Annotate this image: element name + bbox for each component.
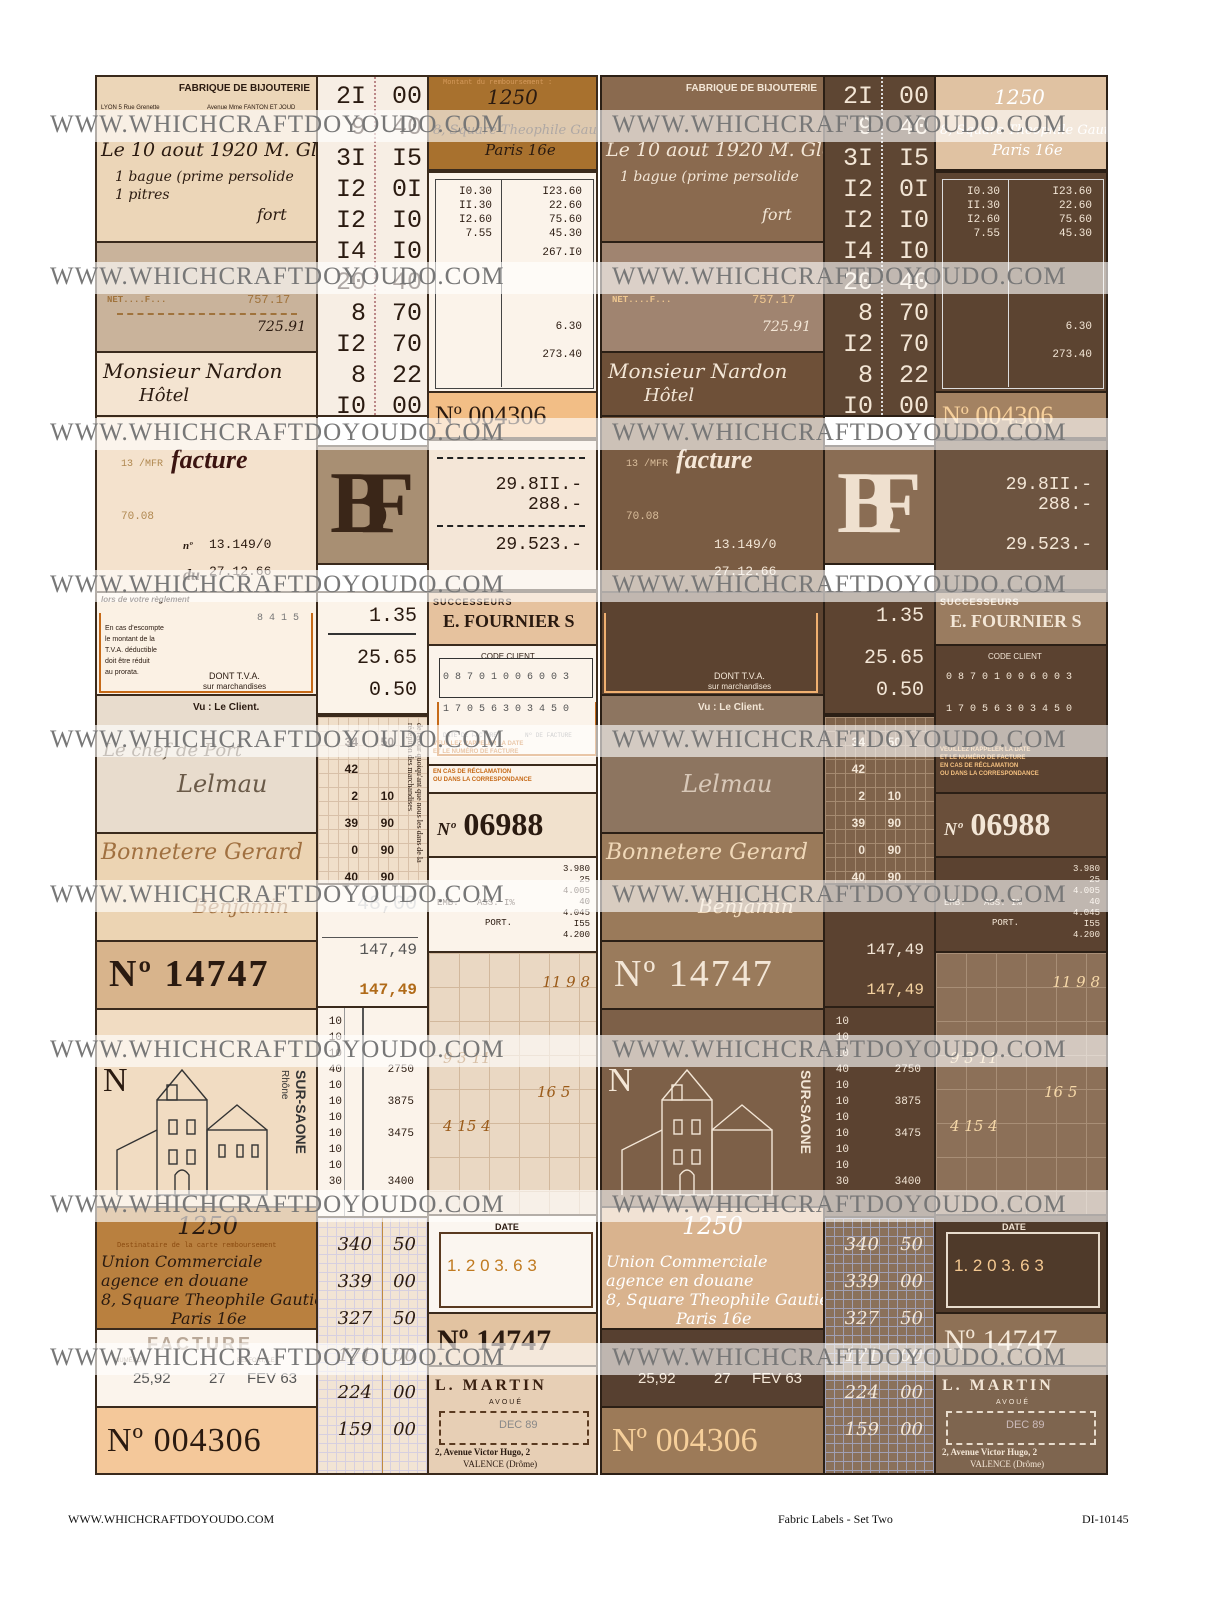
value: 45.30 xyxy=(542,227,582,241)
cell: 70 xyxy=(873,329,929,360)
cell: 3475 xyxy=(849,1126,921,1142)
cell: 00 xyxy=(873,391,929,417)
no-prefix: Nº xyxy=(109,953,153,995)
sum147-b: 147,49 xyxy=(866,981,924,999)
row: 10 xyxy=(831,1142,921,1158)
no-prefix: Nº xyxy=(437,819,455,839)
monsieur-line2: Hôtel xyxy=(644,385,694,406)
row: 103475 xyxy=(324,1126,414,1142)
watermark-text: WWW.WHICHCRAFTDOYOUDO.COM xyxy=(612,263,1067,291)
label-remboursement-2: 1250 Destinataire de la carte remboursem… xyxy=(95,1206,318,1330)
watermark-text: WWW.WHICHCRAFTDOYOUDO.COM xyxy=(50,726,505,754)
notice-line: EN CAS DE RÉCLAMATION xyxy=(940,762,1039,770)
fabrique-title: FABRIQUE DE BIJOUTERIE xyxy=(179,83,310,94)
label-no-004306-b: Nº 004306 xyxy=(95,1406,318,1475)
cell: I0 xyxy=(831,391,873,417)
dark-tva: DONT T.V.A. sur marchandises xyxy=(600,591,825,696)
watermark-text: WWW.WHICHCRAFTDOYOUDO.COM xyxy=(50,419,505,447)
cell: 224 xyxy=(833,1374,879,1411)
facture-no-value: 13.149/0 xyxy=(714,537,776,552)
remb2-line: agence en douane xyxy=(101,1271,318,1290)
no-prefix: Nº xyxy=(944,819,962,839)
sums-b: 288.- xyxy=(1038,495,1092,515)
row: I20I xyxy=(831,174,929,205)
fabrique-title: FABRIQUE DE BIJOUTERIE xyxy=(686,83,817,94)
cell: 8 xyxy=(831,298,873,329)
cell: 50 xyxy=(879,1226,923,1263)
label-monogram: BF xyxy=(316,445,429,565)
cell: 10 xyxy=(831,1078,849,1094)
remb2-line: 8, Square Theophile Gautier xyxy=(101,1290,318,1309)
row: 34050 xyxy=(326,1226,416,1263)
date-label: DATE xyxy=(1002,1222,1026,1232)
cell: 42 xyxy=(324,756,358,783)
watermark-text: WWW.WHICHCRAFTDOYOUDO.COM xyxy=(612,419,1067,447)
castle-drawing-icon xyxy=(107,1060,287,1200)
cell: I0 xyxy=(324,391,366,417)
row: 10 xyxy=(324,1158,414,1174)
cell: 340 xyxy=(833,1226,879,1263)
cell: 22 xyxy=(873,360,929,391)
value: I23.60 xyxy=(1052,185,1092,199)
monogram-letters: BF xyxy=(837,453,893,554)
sums-dash xyxy=(437,525,585,527)
cell: 00 xyxy=(366,81,422,112)
row: 303400 xyxy=(324,1174,414,1190)
cell: 00 xyxy=(372,1411,416,1448)
watermark-text: WWW.WHICHCRAFTDOYOUDO.COM xyxy=(50,111,505,139)
sums-c: 29.523.- xyxy=(496,535,582,555)
dark-date: DATE 1. 2 0 3. 6 3 xyxy=(934,1214,1108,1314)
watermark-band: WWW.WHICHCRAFTDOYOUDO.COMWWW.WHICHCRAFTD… xyxy=(0,725,1214,757)
value: 75.60 xyxy=(1052,213,1092,227)
cell: 00 xyxy=(879,1263,923,1300)
label-vu-client: Vu : Le Client. Le chef de Port Lelmau xyxy=(95,694,318,834)
label-net: NET....F... 757.17 725.91 xyxy=(95,241,318,353)
no-number: 004306 xyxy=(656,1422,758,1459)
small-sum-c: 0.50 xyxy=(369,679,417,702)
dark-monsieur: Monsieur Nardon Hôtel xyxy=(600,351,825,417)
cell: 3400 xyxy=(342,1174,414,1190)
watermark-band: WWW.WHICHCRAFTDOYOUDO.COMWWW.WHICHCRAFTD… xyxy=(0,1343,1214,1375)
ledger-right: I23.6022.6075.6045.30 xyxy=(542,185,582,241)
monsieur-line1: Monsieur Nardon xyxy=(608,359,787,383)
small-sum-b: 25.65 xyxy=(357,647,417,670)
value: 4.200 xyxy=(563,930,590,941)
no-prefix: Nº xyxy=(612,1422,647,1459)
cell: 22 xyxy=(366,360,422,391)
watermark-text: WWW.WHICHCRAFTDOYOUDO.COM xyxy=(50,571,505,599)
facture-no-value: 13.149/0 xyxy=(209,537,271,552)
castle-region: Rhône xyxy=(279,1070,290,1099)
cell: 3400 xyxy=(849,1174,921,1190)
net-label: NET....F... xyxy=(612,295,671,305)
no-prefix: Nº xyxy=(107,1422,144,1459)
watermark-text: WWW.WHICHCRAFTDOYOUDO.COM xyxy=(50,263,505,291)
label-fabrique: FABRIQUE DE BIJOUTERIE LYON 5 Rue Grenet… xyxy=(95,75,318,243)
hand-grid-c: 16 5 xyxy=(537,1083,570,1101)
row: 103875 xyxy=(324,1094,414,1110)
notice-rest: EN CAS DE RÉCLAMATION OU DANS LA CORRESP… xyxy=(433,768,532,784)
cell: 90 xyxy=(358,837,394,864)
value: 75.60 xyxy=(542,213,582,227)
vu-client-title: Vu : Le Client. xyxy=(193,702,259,713)
dark-hand-grid: 11 9 8 9 3 11 16 5 4 15 4 xyxy=(934,951,1108,1216)
cell: 8 xyxy=(324,298,366,329)
footer-website: WWW.WHICHCRAFTDOYOUDO.COM xyxy=(68,1512,274,1527)
label-sums: 29.8II.- 288.- 29.523.- xyxy=(427,439,598,591)
row: 3990 xyxy=(324,810,400,837)
hand-grid-c: 16 5 xyxy=(1044,1083,1077,1101)
row: 3990 xyxy=(831,810,907,837)
sums-dash xyxy=(437,457,585,459)
sums-c: 29.523.- xyxy=(1006,535,1092,555)
label-small-sums: 1.35 25.65 0.50 xyxy=(316,591,429,715)
small-sum-a: 1.35 xyxy=(876,605,924,628)
value: 22.60 xyxy=(542,199,582,213)
row: 103475 xyxy=(831,1126,921,1142)
vu-client-title: Vu : Le Client. xyxy=(698,702,764,713)
value: 45.30 xyxy=(1052,227,1092,241)
dark-no-14747: Nº 14747 xyxy=(600,940,825,1010)
value: 7.55 xyxy=(967,227,1000,241)
cell: I2 xyxy=(324,205,366,236)
notice-line: OU DANS LA CORRESPONDANCE xyxy=(940,770,1039,778)
value: 3.980 xyxy=(1073,864,1100,875)
value: I23.60 xyxy=(542,185,582,199)
row: 22400 xyxy=(833,1374,923,1411)
row: 2I00 xyxy=(324,81,422,112)
row: 33900 xyxy=(833,1263,923,1300)
dark-vu-client: Vu : Le Client. Lelmau xyxy=(600,694,825,834)
value: 7.55 xyxy=(459,227,492,241)
watermark-band: WWW.WHICHCRAFTDOYOUDO.COMWWW.WHICHCRAFTD… xyxy=(0,1035,1214,1067)
cell: 327 xyxy=(833,1300,879,1337)
facture-amount: 70.08 xyxy=(121,511,154,523)
watermark-band: WWW.WHICHCRAFTDOYOUDO.COMWWW.WHICHCRAFTD… xyxy=(0,262,1214,294)
handsums-rows: 340503390032750171002240015900 xyxy=(833,1226,923,1448)
label-tva: lors de votre règlement En cas d'escompt… xyxy=(95,591,318,696)
facture-no-label: nº xyxy=(183,540,192,552)
invoice-digits: 1 7 0 5 6 3 0 3 4 5 0 xyxy=(443,704,569,715)
small-sum-c: 0.50 xyxy=(876,679,924,702)
row: 3II5 xyxy=(831,143,929,174)
row: 32750 xyxy=(326,1300,416,1337)
cell: 10 xyxy=(831,1158,849,1174)
fabrique-handwriting: Le 10 aout 1920 M. Glo xyxy=(101,139,318,161)
remb2-line: Paris 16e xyxy=(101,1309,318,1328)
value: II.30 xyxy=(967,199,1000,213)
dark-remboursement-2: 1250 Union Commerciale agence en douane … xyxy=(600,1206,825,1330)
row: 42 xyxy=(324,756,400,783)
cell: I2 xyxy=(324,329,366,360)
tva-label1: DONT T.V.A. xyxy=(714,671,765,681)
date-label: DATE xyxy=(495,1222,519,1232)
cell: 00 xyxy=(879,1374,923,1411)
cell: 00 xyxy=(873,81,929,112)
cell: 70 xyxy=(366,298,422,329)
cell: I2 xyxy=(324,174,366,205)
row: I20I xyxy=(324,174,422,205)
invoice-digits: 1 7 0 5 6 3 0 3 4 5 0 xyxy=(946,704,1072,715)
cell: 30 xyxy=(831,1174,849,1190)
tva-label1: DONT T.V.A. xyxy=(209,671,260,681)
cell: 3I xyxy=(324,143,366,174)
net-value: 757.17 xyxy=(752,293,795,307)
monsieur-line2: Hôtel xyxy=(139,385,189,406)
bonnet-line1: Bonnetere Gerard xyxy=(101,840,303,865)
watermark-band: WWW.WHICHCRAFTDOYOUDO.COMWWW.WHICHCRAFTD… xyxy=(0,110,1214,142)
row: 32750 xyxy=(833,1300,923,1337)
row: 33900 xyxy=(326,1263,416,1300)
dark-no-004306-b: Nº 004306 xyxy=(600,1406,825,1475)
emb-line3: PORT. xyxy=(992,918,1019,928)
martin-city: VALENCE (Drôme) xyxy=(970,1459,1044,1469)
cell: 10 xyxy=(324,1078,342,1094)
ledger-total: 273.40 xyxy=(1052,349,1092,361)
row: 10 xyxy=(324,1014,414,1030)
date-value: 1. 2 0 3. 6 3 xyxy=(954,1256,1044,1276)
martin-title: AVOUÉ xyxy=(489,1399,523,1406)
row: 10 xyxy=(831,1110,921,1126)
dark-monogram: BF xyxy=(823,445,936,565)
cell: 50 xyxy=(372,1226,416,1263)
cell: 42 xyxy=(831,756,865,783)
cell: 159 xyxy=(833,1411,879,1448)
row: 10 xyxy=(324,1110,414,1126)
handsums-rows: 340503390032750171002240015900 xyxy=(326,1226,416,1448)
cell: I5 xyxy=(873,143,929,174)
row: 822 xyxy=(324,360,422,391)
net-label: NET....F... xyxy=(107,295,166,305)
dark-code-client: CODE CLIENT 0 8 7 0 1 0 0 6 0 0 3 1 7 0 … xyxy=(934,644,1108,794)
martin-city: VALENCE (Drôme) xyxy=(463,1459,537,1469)
fabrique-line2: 1 bague (prime persolide xyxy=(620,169,799,185)
cell: 10 xyxy=(324,1126,342,1142)
row: I2I0 xyxy=(831,205,929,236)
watermark-band: WWW.WHICHCRAFTDOYOUDO.COMWWW.WHICHCRAFTD… xyxy=(0,1190,1214,1222)
watermark-text: WWW.WHICHCRAFTDOYOUDO.COM xyxy=(50,881,505,909)
watermark-text: WWW.WHICHCRAFTDOYOUDO.COM xyxy=(50,1344,505,1372)
tva-line: doit être réduit xyxy=(105,656,164,667)
label-monsieur: Monsieur Nardon Hôtel xyxy=(95,351,318,417)
cell: 00 xyxy=(879,1411,923,1448)
facture-ref: 13 /MFR xyxy=(121,459,163,470)
label-date: DATE 1. 2 0 3. 6 3 xyxy=(427,1214,598,1314)
remb2-line: agence en douane xyxy=(606,1271,825,1290)
notice-line: EN CAS DE RÉCLAMATION xyxy=(433,768,532,776)
martin-address: 2, Avenue Victor Hugo, 2 xyxy=(435,1447,530,1457)
ledger-extra: 6.30 xyxy=(1066,321,1092,333)
value: I2.60 xyxy=(967,213,1000,227)
row: I000 xyxy=(324,391,422,417)
row: 10 xyxy=(324,1142,414,1158)
notice-line: OU DANS LA CORRESPONDANCE xyxy=(433,776,532,784)
no-14747-text: Nº 14747 xyxy=(109,952,270,996)
ledger-left: I0.30II.30I2.607.55 xyxy=(967,185,1000,241)
sums-b: 288.- xyxy=(528,495,582,515)
remb-amount: 1250 xyxy=(487,85,538,109)
sum147-a: 147,49 xyxy=(866,941,924,959)
cell: 2 xyxy=(831,783,865,810)
cell: 3875 xyxy=(342,1094,414,1110)
row: 3II5 xyxy=(324,143,422,174)
watermark-text: WWW.WHICHCRAFTDOYOUDO.COM xyxy=(612,1036,1067,1064)
martin-address: 2, Avenue Victor Hugo, 2 xyxy=(942,1447,1037,1457)
no-06988-text: Nº 06988 xyxy=(944,806,1050,843)
cell: 327 xyxy=(326,1300,372,1337)
row: 870 xyxy=(831,298,929,329)
watermark-text: WWW.WHICHCRAFTDOYOUDO.COM xyxy=(612,726,1067,754)
net-dash xyxy=(117,313,297,315)
cell: 0 xyxy=(324,837,358,864)
label-no-14747: Nº 14747 xyxy=(95,940,318,1010)
cell: 2I xyxy=(324,81,366,112)
small-sums-rule xyxy=(328,633,416,635)
cell: 50 xyxy=(879,1300,923,1337)
tva-label2: sur marchandises xyxy=(203,682,266,691)
remb2-dest: Destinataire de la carte remboursement xyxy=(117,1242,277,1250)
code-client-label: CODE CLIENT xyxy=(988,652,1042,661)
hand-grid-a: 11 9 8 xyxy=(1052,973,1100,991)
ledger-right: I23.6022.6075.6045.30 xyxy=(1052,185,1092,241)
hand-grid-d: 4 15 4 xyxy=(443,1117,491,1135)
no-004306b-text: Nº 004306 xyxy=(612,1422,758,1460)
cell: I5 xyxy=(366,143,422,174)
value: I0.30 xyxy=(459,185,492,199)
cell: 90 xyxy=(358,810,394,837)
cell: 10 xyxy=(831,1014,849,1030)
net-handwritten: 725.91 xyxy=(762,319,811,335)
cell: I0 xyxy=(366,205,422,236)
dark-small-sums: 1.35 25.65 0.50 xyxy=(823,591,936,715)
no-prefix: Nº xyxy=(614,953,657,995)
label-martin: L. MARTIN AVOUÉ DEC 89 2, Avenue Victor … xyxy=(427,1365,598,1475)
cell: 70 xyxy=(366,329,422,360)
cell: 50 xyxy=(372,1300,416,1337)
dark-martin: L. MARTIN AVOUÉ DEC 89 2, Avenue Victor … xyxy=(934,1365,1108,1475)
net-value: 757.17 xyxy=(247,293,290,307)
small-sum-b: 25.65 xyxy=(864,647,924,670)
remb-amount: 1250 xyxy=(994,85,1045,109)
no-number: 14747 xyxy=(165,953,270,995)
dark-no-06988: Nº 06988 xyxy=(934,792,1108,858)
remb2-lines: Union Commerciale agence en douane 8, Sq… xyxy=(101,1252,318,1328)
facture-amount: 70.08 xyxy=(626,511,659,523)
cell: 10 xyxy=(831,1126,849,1142)
ledger-extra: 6.30 xyxy=(556,321,582,333)
hand-grid-d: 4 15 4 xyxy=(950,1117,998,1135)
fabrique-line4: fort xyxy=(257,205,287,224)
row: 090 xyxy=(324,837,400,864)
cell: 339 xyxy=(326,1263,372,1300)
row: 15900 xyxy=(326,1411,416,1448)
cell: 10 xyxy=(324,1158,342,1174)
value: I55 xyxy=(563,919,590,930)
value: I2.60 xyxy=(459,213,492,227)
hand-grid-a: 11 9 8 xyxy=(542,973,590,991)
fabrique-line2: 1 bague (prime persolide xyxy=(115,169,294,185)
cell: I2 xyxy=(831,329,873,360)
row: 10 xyxy=(831,1078,921,1094)
fabrique-line3: 1 pitres xyxy=(115,187,170,203)
remb-line: Paris 16e xyxy=(992,141,1063,159)
cell: 3875 xyxy=(849,1094,921,1110)
cell: 159 xyxy=(326,1411,372,1448)
value: II.30 xyxy=(459,199,492,213)
no-06988-text: Nº 06988 xyxy=(437,806,543,843)
cell: 30 xyxy=(324,1174,342,1190)
remb2-line: Union Commerciale xyxy=(606,1252,825,1271)
sum147-a: 147,49 xyxy=(359,941,417,959)
cell: 10 xyxy=(324,1094,342,1110)
cell: 00 xyxy=(372,1263,416,1300)
no-004306b-text: Nº 004306 xyxy=(107,1422,262,1460)
cell: 339 xyxy=(833,1263,879,1300)
cell: 8 xyxy=(324,360,366,391)
value: 22.60 xyxy=(1052,199,1092,213)
dark-sums: 29.8II.- 288.- 29.523.- xyxy=(934,439,1108,591)
remb2-lines: Union Commerciale agence en douane 8, Sq… xyxy=(606,1252,825,1328)
monsieur-line1: Monsieur Nardon xyxy=(103,359,282,383)
remb-line: Paris 16e xyxy=(485,141,556,159)
cell: 39 xyxy=(324,810,358,837)
row: 34050 xyxy=(833,1226,923,1263)
vu-client-sig2: Lelmau xyxy=(682,770,772,798)
row: I2I0 xyxy=(324,205,422,236)
cell: 90 xyxy=(865,810,901,837)
cell: 8 xyxy=(831,360,873,391)
no-number: 004306 xyxy=(154,1422,262,1459)
footer-code: DI-10145 xyxy=(1082,1512,1129,1527)
row: I270 xyxy=(831,329,929,360)
cell: 10 xyxy=(831,1142,849,1158)
cell: 0I xyxy=(366,174,422,205)
cell: 10 xyxy=(324,1110,342,1126)
row: 15900 xyxy=(833,1411,923,1448)
watermark-text: WWW.WHICHCRAFTDOYOUDO.COM xyxy=(612,571,1067,599)
cell: 2I xyxy=(831,81,873,112)
code-client-value: 0 8 7 0 1 0 0 6 0 0 3 xyxy=(443,672,569,683)
tva-text: En cas d'escompte le montant de la T.V.A… xyxy=(105,623,164,678)
row: 10 xyxy=(831,1014,921,1030)
remb2-line: 8, Square Theophile Gautier xyxy=(606,1290,825,1309)
bonnet-line1: Bonnetere Gerard xyxy=(606,840,808,865)
cell: 10 xyxy=(324,1142,342,1158)
remb2-line: Paris 16e xyxy=(606,1309,825,1328)
row: 10 xyxy=(324,1078,414,1094)
cell: I2 xyxy=(831,205,873,236)
remb2-line: Union Commerciale xyxy=(101,1252,318,1271)
value: 3.980 xyxy=(563,864,590,875)
watermark-text: WWW.WHICHCRAFTDOYOUDO.COM xyxy=(612,881,1067,909)
ledger-left: I0.30II.30I2.607.55 xyxy=(459,185,492,241)
watermark-text: WWW.WHICHCRAFTDOYOUDO.COM xyxy=(612,1344,1067,1372)
sums-a: 29.8II.- xyxy=(496,475,582,495)
fabrique-line4: fort xyxy=(762,205,792,224)
cell: 0 xyxy=(831,837,865,864)
label-notice: EN CAS DE RÉCLAMATION OU DANS LA CORRESP… xyxy=(427,764,598,794)
row: 090 xyxy=(831,837,907,864)
vu-client-sig2: Lelmau xyxy=(177,770,267,798)
sums-a: 29.8II.- xyxy=(1006,475,1092,495)
sum147-b: 147,49 xyxy=(359,981,417,999)
watermark-band: WWW.WHICHCRAFTDOYOUDO.COMWWW.WHICHCRAFTD… xyxy=(0,570,1214,602)
row: 822 xyxy=(831,360,929,391)
facture-ref: 13 /MFR xyxy=(626,459,668,470)
cell: 10 xyxy=(831,1094,849,1110)
martin-name: L. MARTIN xyxy=(435,1377,547,1395)
